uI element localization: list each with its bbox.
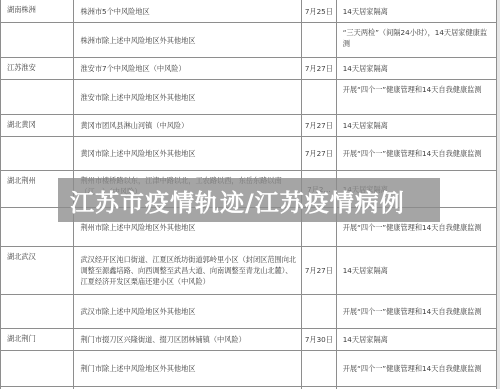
measure-cell: 开展“四个一”健康管理和14天自我健康监测 bbox=[336, 351, 497, 387]
region-cell bbox=[1, 295, 74, 329]
measure-cell: 开展“四个一”健康管理和14天自我健康监测 bbox=[336, 295, 497, 329]
table-row: 株洲市除上述中风险地区外其他地区 “三天两检”（间隔24小时），14天居家健康监… bbox=[1, 23, 498, 58]
table-row: 黄冈市除上述中风险地区外其他地区 7月27日 开展“四个一”健康管理和14天自我… bbox=[1, 137, 498, 171]
region-cell: 湖南株洲 bbox=[1, 0, 74, 23]
date-cell bbox=[302, 295, 337, 329]
measure-cell: 开展“四个一”健康管理和14天自我健康监测 bbox=[336, 137, 497, 171]
page-edge bbox=[496, 0, 500, 389]
region-cell bbox=[1, 351, 74, 387]
area-cell: 荆门市除上述中风险地区外其他地区 bbox=[74, 351, 302, 387]
table-row: 湖北黄冈 黄冈市团风县淋山河镇（中风险） 7月27日 14天居家隔离 bbox=[1, 115, 498, 137]
region-cell bbox=[1, 80, 74, 115]
area-cell: 武汉经开区沌口街道、江夏区纸坊街道郭岭里小区（封闭区范围向北调整至源鑫培路、向西… bbox=[74, 247, 302, 295]
region-cell: 湖北武汉 bbox=[1, 247, 74, 295]
measure-cell: 开展“四个一”健康管理和14天自我健康监测 bbox=[336, 80, 497, 115]
date-cell: 7月30日 bbox=[302, 329, 337, 351]
measure-cell: 14天居家隔离 bbox=[336, 247, 497, 295]
measure-cell: “三天两检”（间隔24小时），14天居家健康监测 bbox=[336, 23, 497, 58]
date-cell: 7月25日 bbox=[302, 0, 337, 23]
area-cell: 株洲市除上述中风险地区外其他地区 bbox=[74, 23, 302, 58]
measure-cell: 14天居家隔离 bbox=[336, 0, 497, 23]
area-cell: 荆门市掇刀区兴隆街道、掇刀区团林铺镇（中风险） bbox=[74, 329, 302, 351]
date-cell: 7月27日 bbox=[302, 247, 337, 295]
region-cell: 湖北荆门 bbox=[1, 329, 74, 351]
date-cell bbox=[302, 80, 337, 115]
date-cell bbox=[302, 23, 337, 58]
region-cell: 湖北黄冈 bbox=[1, 115, 74, 137]
area-cell: 黄冈市除上述中风险地区外其他地区 bbox=[74, 137, 302, 171]
table-row: 荆门市除上述中风险地区外其他地区 开展“四个一”健康管理和14天自我健康监测 bbox=[1, 351, 498, 387]
region-cell: 江苏淮安 bbox=[1, 58, 74, 80]
measure-cell: 14天居家隔离 bbox=[336, 115, 497, 137]
region-cell bbox=[1, 23, 74, 58]
measure-cell: 14天居家隔离 bbox=[336, 329, 497, 351]
region-cell bbox=[1, 137, 74, 171]
date-cell bbox=[302, 351, 337, 387]
measure-cell: 14天居家隔离 bbox=[336, 58, 497, 80]
table-row: 湖北荆门 荆门市掇刀区兴隆街道、掇刀区团林铺镇（中风险） 7月30日 14天居家… bbox=[1, 329, 498, 351]
date-cell: 7月27日 bbox=[302, 115, 337, 137]
date-cell: 7月27日 bbox=[302, 137, 337, 171]
date-cell: 7月27日 bbox=[302, 58, 337, 80]
table-row: 武汉市除上述中风险地区外其他地区 开展“四个一”健康管理和14天自我健康监测 bbox=[1, 295, 498, 329]
area-cell: 武汉市除上述中风险地区外其他地区 bbox=[74, 295, 302, 329]
table-row: 淮安市除上述中风险地区外其他地区 开展“四个一”健康管理和14天自我健康监测 bbox=[1, 80, 498, 115]
title-banner: 江苏市疫情轨迹/江苏疫情病例 bbox=[58, 178, 440, 222]
area-cell: 淮安市7个中风险地区（中风险） bbox=[74, 58, 302, 80]
table-row: 湖北武汉 武汉经开区沌口街道、江夏区纸坊街道郭岭里小区（封闭区范围向北调整至源鑫… bbox=[1, 247, 498, 295]
area-cell: 株洲市5个中风险地区 bbox=[74, 0, 302, 23]
table-row: 江苏淮安 淮安市7个中风险地区（中风险） 7月27日 14天居家隔离 bbox=[1, 58, 498, 80]
table-row: 湖南株洲 株洲市5个中风险地区 7月25日 14天居家隔离 bbox=[1, 0, 498, 23]
area-cell: 淮安市除上述中风险地区外其他地区 bbox=[74, 80, 302, 115]
banner-title: 江苏市疫情轨迹/江苏疫情病例 bbox=[70, 183, 405, 218]
area-cell: 黄冈市团风县淋山河镇（中风险） bbox=[74, 115, 302, 137]
